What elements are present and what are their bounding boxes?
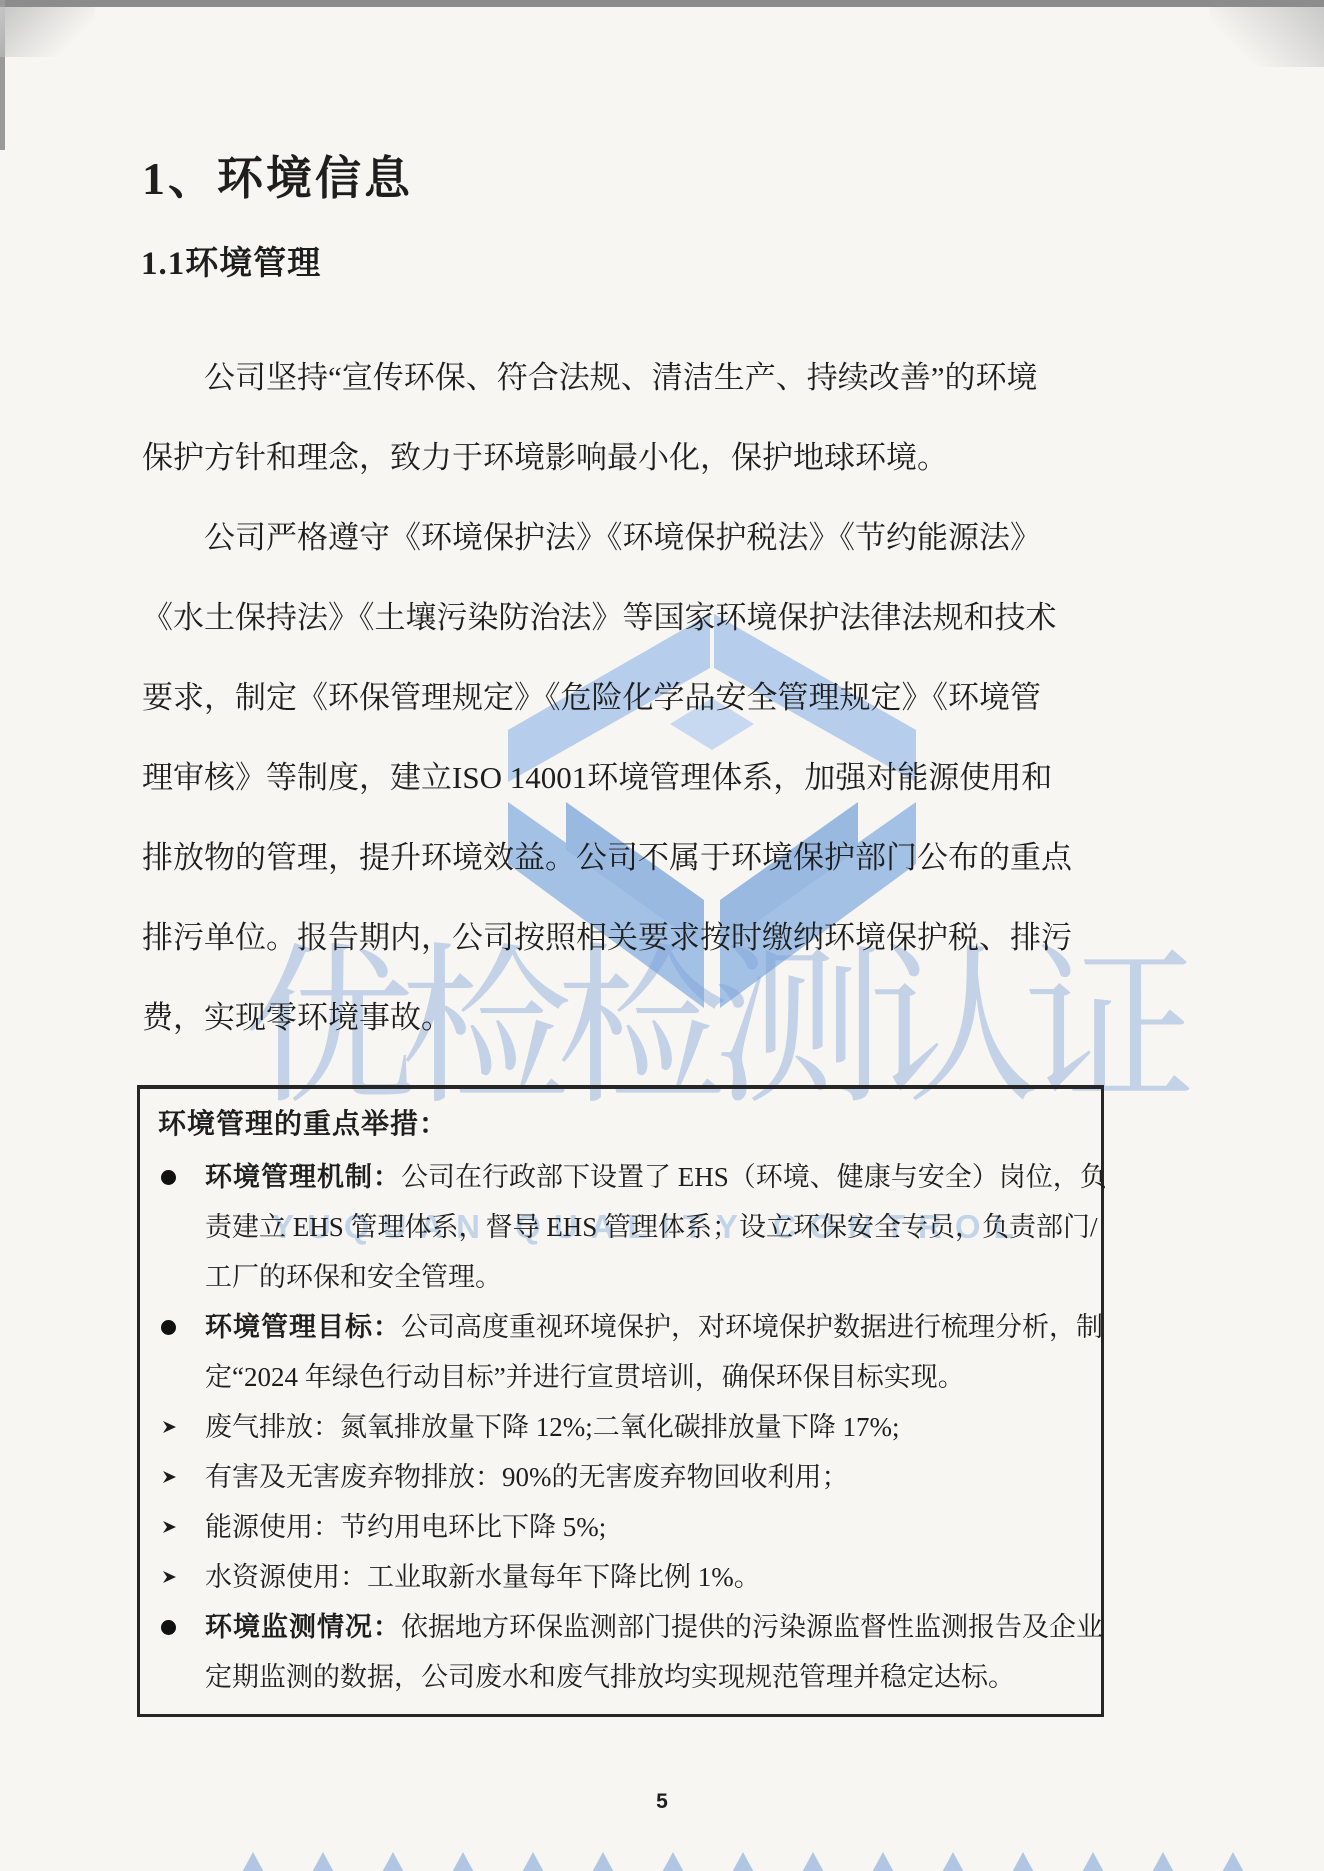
- watermark-edge-icon: [1080, 1852, 1106, 1871]
- watermark-bottom-row: [240, 1852, 1290, 1871]
- scan-edge-top: [0, 0, 1324, 7]
- section-heading: 1.1环境管理: [141, 237, 321, 284]
- list-item-text: 废气排放：氮氧排放量下降 12%;二氧化碳排放量下降 17%;: [205, 1402, 1087, 1452]
- bullet-dot-icon: [152, 1602, 205, 1652]
- scan-shadow-top-right: [1209, 7, 1324, 67]
- list-item: 责建立 EHS 管理体系，督导 EHS 管理体系；设立环保安全专员，负责部门/: [152, 1202, 1087, 1252]
- list-item-text: 水资源使用：工业取新水量每年下降比例 1%。: [205, 1552, 1087, 1602]
- arrow-bullet-icon: [152, 1502, 205, 1552]
- paragraph-line: 理审核》等制度，建立ISO 14001环境管理体系，加强对能源使用和: [142, 738, 1034, 818]
- list-item-label: 环境管理机制：: [205, 1162, 401, 1192]
- list-item-label: 环境监测情况：: [205, 1612, 401, 1642]
- scan-shadow-top-left: [0, 7, 95, 57]
- watermark-edge-icon: [240, 1852, 266, 1871]
- list-item-text: 公司在行政部下设置了 EHS（环境、健康与安全）岗位，负: [401, 1162, 1107, 1192]
- paragraph-line: 公司坚持“宣传环保、符合法规、清洁生产、持续改善”的环境: [142, 338, 1034, 418]
- list-item-text: 定期监测的数据，公司废水和废气排放均实现规范管理并稳定达标。: [205, 1652, 1087, 1702]
- paragraph-line: 排放物的管理，提升环境效益。公司不属于环境保护部门公布的重点: [142, 818, 1034, 898]
- list-item-label: 环境管理目标：: [205, 1312, 401, 1342]
- watermark-edge-icon: [1010, 1852, 1036, 1871]
- watermark-edge-icon: [800, 1852, 826, 1871]
- list-item-text: 能源使用：节约用电环比下降 5%;: [205, 1502, 1087, 1552]
- measures-box: 环境管理的重点举措： 环境管理机制：公司在行政部下设置了 EHS（环境、健康与安…: [137, 1085, 1104, 1717]
- list-item-text: 定“2024 年绿色行动目标”并进行宣贯培训，确保环保目标实现。: [205, 1352, 1087, 1402]
- list-item: 有害及无害废弃物排放：90%的无害废弃物回收利用；: [152, 1452, 1087, 1502]
- watermark-edge-icon: [730, 1852, 756, 1871]
- page-title: 1、环境信息: [142, 142, 413, 208]
- watermark-edge-icon: [660, 1852, 686, 1871]
- watermark-edge-icon: [590, 1852, 616, 1871]
- paragraph-line: 保护方针和理念，致力于环境影响最小化，保护地球环境。: [142, 418, 1034, 498]
- list-item: 定期监测的数据，公司废水和废气排放均实现规范管理并稳定达标。: [152, 1652, 1087, 1702]
- list-item: 环境管理目标：公司高度重视环境保护，对环境保护数据进行梳理分析，制: [152, 1302, 1087, 1352]
- list-item: 环境监测情况：依据地方环保监测部门提供的污染源监督性监测报告及企业: [152, 1602, 1087, 1652]
- watermark-edge-icon: [940, 1852, 966, 1871]
- watermark-edge-icon: [1150, 1852, 1176, 1871]
- watermark-edge-icon: [520, 1852, 546, 1871]
- paragraph-line: 公司严格遵守《环境保护法》《环境保护税法》《节约能源法》: [142, 498, 1034, 578]
- watermark-edge-icon: [310, 1852, 336, 1871]
- list-item: 水资源使用：工业取新水量每年下降比例 1%。: [152, 1552, 1087, 1602]
- arrow-bullet-icon: [152, 1402, 205, 1452]
- measures-box-title: 环境管理的重点举措：: [152, 1098, 1087, 1152]
- watermark-edge-icon: [870, 1852, 896, 1871]
- watermark-edge-icon: [450, 1852, 476, 1871]
- list-item-text: 依据地方环保监测部门提供的污染源监督性监测报告及企业: [401, 1612, 1103, 1642]
- arrow-bullet-icon: [152, 1452, 205, 1502]
- list-item-text: 工厂的环保和安全管理。: [205, 1252, 1087, 1302]
- bullet-dot-icon: [152, 1152, 205, 1202]
- list-item: 工厂的环保和安全管理。: [152, 1252, 1087, 1302]
- list-item: 环境管理机制：公司在行政部下设置了 EHS（环境、健康与安全）岗位，负: [152, 1152, 1087, 1202]
- list-item-text: 责建立 EHS 管理体系，督导 EHS 管理体系；设立环保安全专员，负责部门/: [205, 1202, 1098, 1252]
- paragraph-line: 排污单位。报告期内，公司按照相关要求按时缴纳环境保护税、排污: [142, 898, 1034, 978]
- body-text: 公司坚持“宣传环保、符合法规、清洁生产、持续改善”的环境 保护方针和理念，致力于…: [142, 338, 1034, 1058]
- paragraph-line: 费，实现零环境事故。: [142, 978, 1034, 1058]
- list-item-text: 有害及无害废弃物排放：90%的无害废弃物回收利用；: [205, 1452, 1087, 1502]
- watermark-edge-icon: [1220, 1852, 1246, 1871]
- list-item: 废气排放：氮氧排放量下降 12%;二氧化碳排放量下降 17%;: [152, 1402, 1087, 1452]
- page-number: 5: [0, 1790, 1324, 1814]
- list-item-text: 公司高度重视环境保护，对环境保护数据进行梳理分析，制: [401, 1312, 1103, 1342]
- document-page: 优检检测认证 YUQUAN QUALITY CONTROL 1、环境信息 1.1…: [0, 0, 1324, 1871]
- arrow-bullet-icon: [152, 1552, 205, 1602]
- watermark-edge-icon: [380, 1852, 406, 1871]
- bullet-dot-icon: [152, 1302, 205, 1352]
- paragraph-line: 要求，制定《环保管理规定》《危险化学品安全管理规定》《环境管: [142, 658, 1034, 738]
- list-item: 能源使用：节约用电环比下降 5%;: [152, 1502, 1087, 1552]
- list-item: 定“2024 年绿色行动目标”并进行宣贯培训，确保环保目标实现。: [152, 1352, 1087, 1402]
- paragraph-line: 《水土保持法》《土壤污染防治法》等国家环境保护法律法规和技术: [142, 578, 1034, 658]
